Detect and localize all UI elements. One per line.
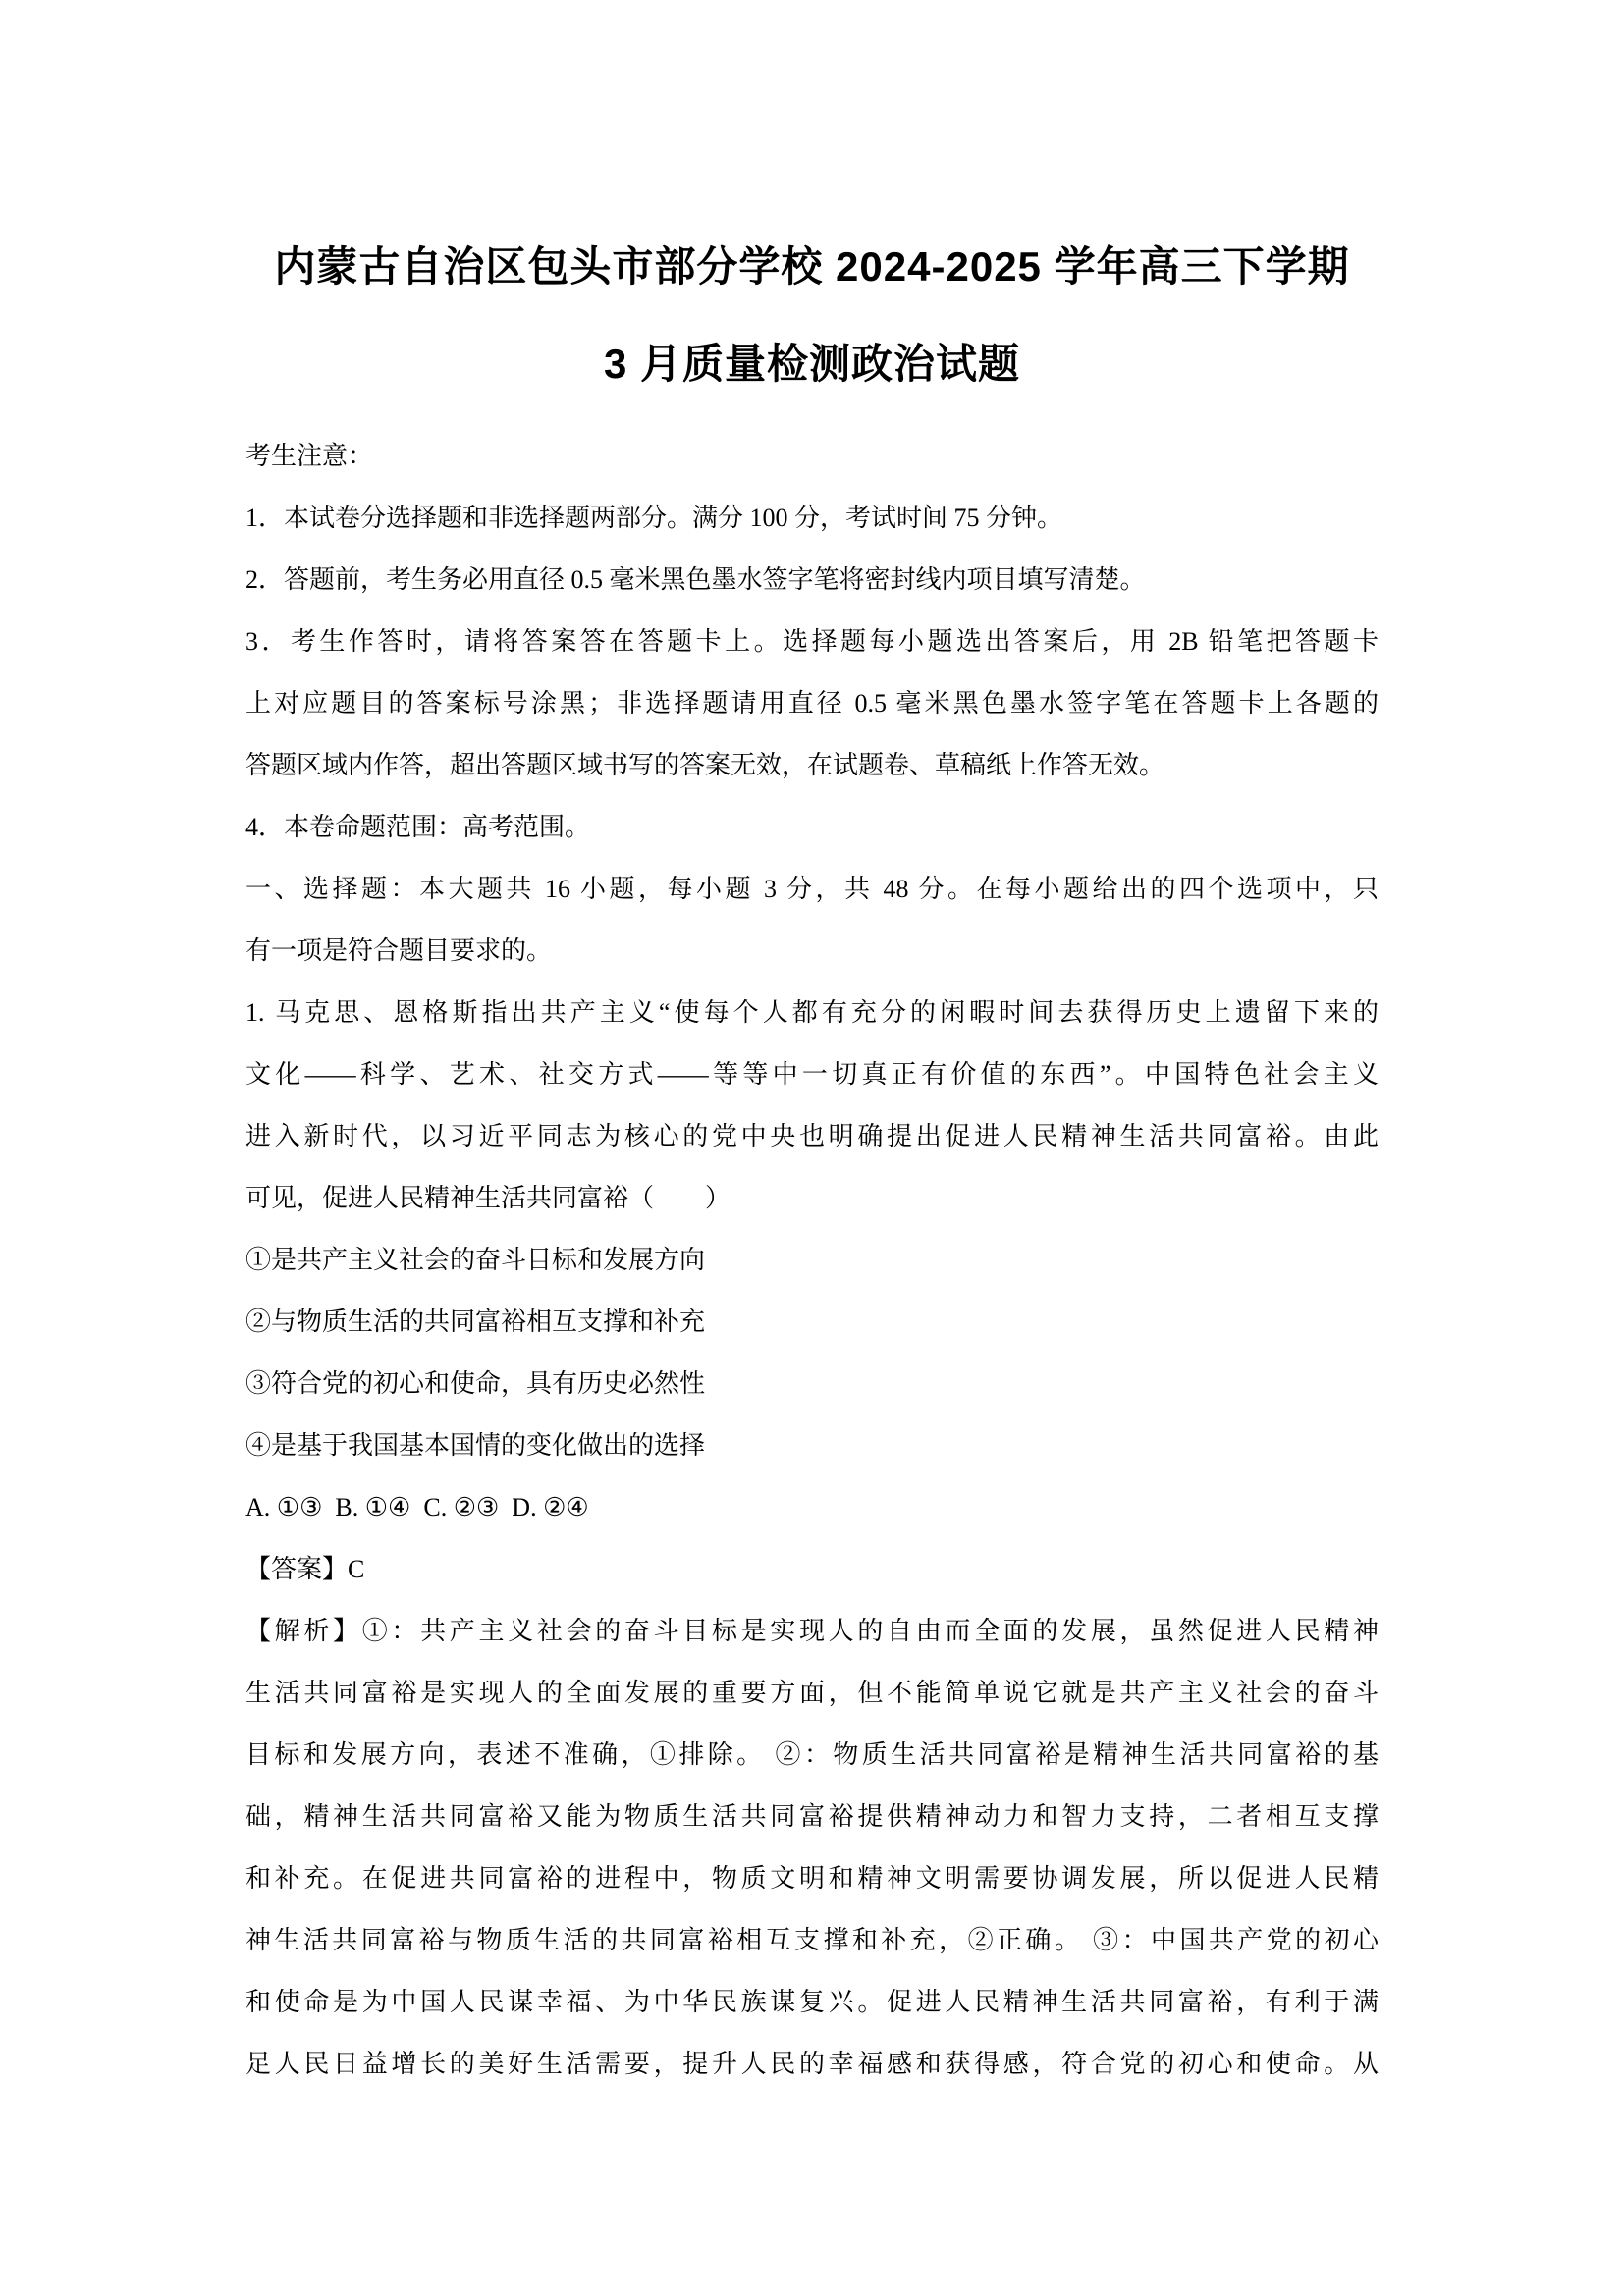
notice-item-1: 1．本试卷分选择题和非选择题两部分。满分 100 分，考试时间 75 分钟。 (245, 487, 1379, 549)
question-1-stem-line-3: 进入新时代，以习近平同志为核心的党中央也明确提出促进人民精神生活共同富裕。由此 (245, 1105, 1379, 1167)
notice-item-3-line-3: 答题区域内作答，超出答题区域书写的答案无效，在试题卷、草稿纸上作答无效。 (245, 734, 1379, 796)
question-1-analysis-line-4: 础，精神生活共同富裕又能为物质生活共同富裕提供精神动力和智力支持，二者相互支撑 (245, 1786, 1379, 1847)
notice-heading: 考生注意： (245, 425, 1379, 487)
question-1-answer: 【答案】C (245, 1538, 1379, 1600)
exam-title: 内蒙古自治区包头市部分学校 2024-2025 学年高三下学期 3 月质量检测政… (245, 0, 1379, 412)
question-1-statement-3: ③符合党的初心和使命，具有历史必然性 (245, 1353, 1379, 1415)
question-1-analysis-line-6: 神生活共同富裕与物质生活的共同富裕相互支撑和补充，②正确。 ③：中国共产党的初心 (245, 1909, 1379, 1971)
question-1-statement-1: ①是共产主义社会的奋斗目标和发展方向 (245, 1229, 1379, 1291)
question-1-statement-4: ④是基于我国基本国情的变化做出的选择 (245, 1415, 1379, 1476)
question-1-analysis-line-5: 和补充。在促进共同富裕的进程中，物质文明和精神文明需要协调发展，所以促进人民精 (245, 1847, 1379, 1909)
notice-item-3-line-2: 上对应题目的答案标号涂黑；非选择题请用直径 0.5 毫米黑色墨水签字笔在答题卡上… (245, 672, 1379, 734)
question-1-stem-line-1: 1. 马克思、恩格斯指出共产主义“使每个人都有充分的闲暇时间去获得历史上遗留下来… (245, 982, 1379, 1043)
exam-title-line-2: 3 月质量检测政治试题 (245, 315, 1379, 412)
exam-document-page: 内蒙古自治区包头市部分学校 2024-2025 学年高三下学期 3 月质量检测政… (0, 0, 1624, 2296)
notice-item-2: 2．答题前，考生务必用直径 0.5 毫米黑色墨水签字笔将密封线内项目填写清楚。 (245, 549, 1379, 611)
question-1-stem-line-4: 可见，促进人民精神生活共同富裕（ ） (245, 1167, 1379, 1229)
notice-item-3-line-1: 3．考生作答时，请将答案答在答题卡上。选择题每小题选出答案后，用 2B 铅笔把答… (245, 611, 1379, 672)
question-1-analysis-line-8: 足人民日益增长的美好生活需要，提升人民的幸福感和获得感，符合党的初心和使命。从 (245, 2033, 1379, 2095)
content-column: 内蒙古自治区包头市部分学校 2024-2025 学年高三下学期 3 月质量检测政… (245, 0, 1379, 2095)
notice-item-4: 4．本卷命题范围：高考范围。 (245, 796, 1379, 858)
section-1-instructions-line-1: 一、选择题：本大题共 16 小题，每小题 3 分，共 48 分。在每小题给出的四… (245, 858, 1379, 920)
exam-title-line-1: 内蒙古自治区包头市部分学校 2024-2025 学年高三下学期 (245, 218, 1379, 315)
question-1-analysis-line-1: 【解析】①：共产主义社会的奋斗目标是实现人的自由而全面的发展，虽然促进人民精神 (245, 1600, 1379, 1662)
question-1-analysis-line-3: 目标和发展方向，表述不准确，①排除。 ②：物质生活共同富裕是精神生活共同富裕的基 (245, 1724, 1379, 1786)
question-1-analysis-line-2: 生活共同富裕是实现人的全面发展的重要方面，但不能简单说它就是共产主义社会的奋斗 (245, 1662, 1379, 1724)
exam-body-text: 考生注意：1．本试卷分选择题和非选择题两部分。满分 100 分，考试时间 75 … (245, 425, 1379, 2095)
question-1-stem-line-2: 文化——科学、艺术、社交方式——等等中一切真正有价值的东西”。中国特色社会主义 (245, 1043, 1379, 1105)
question-1-options: A. ①③ B. ①④ C. ②③ D. ②④ (245, 1476, 1379, 1538)
question-1-statement-2: ②与物质生活的共同富裕相互支撑和补充 (245, 1291, 1379, 1353)
section-1-instructions-line-2: 有一项是符合题目要求的。 (245, 920, 1379, 982)
question-1-analysis-line-7: 和使命是为中国人民谋幸福、为中华民族谋复兴。促进人民精神生活共同富裕，有利于满 (245, 1971, 1379, 2033)
